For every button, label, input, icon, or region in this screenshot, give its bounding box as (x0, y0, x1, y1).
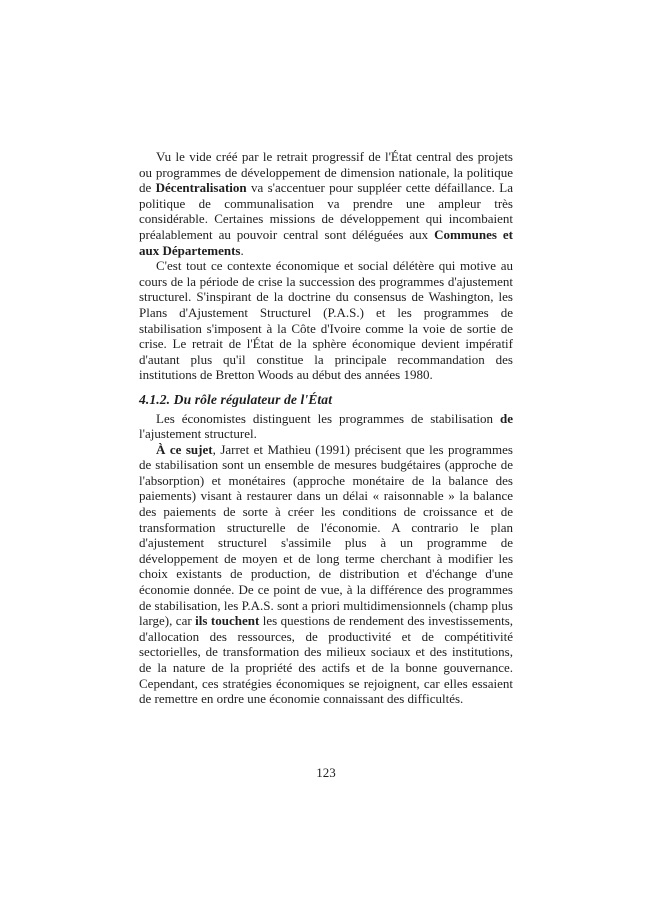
text-run: C'est tout ce contexte économique et soc… (139, 258, 513, 382)
paragraph-4: À ce sujet, Jarret et Mathieu (1991) pré… (139, 442, 513, 707)
paragraph-3: Les économistes distinguent les programm… (139, 411, 513, 442)
text-run: Les économistes distinguent les programm… (156, 411, 500, 426)
bold-text-run: Décentralisation (156, 180, 247, 195)
page-body: Vu le vide créé par le retrait progressi… (139, 149, 513, 707)
bold-text-run: ils touchent (195, 613, 259, 628)
paragraph-1: Vu le vide créé par le retrait progressi… (139, 149, 513, 258)
document-page: Vu le vide créé par le retrait progressi… (0, 0, 650, 920)
section-heading: 4.1.2. Du rôle régulateur de l'État (139, 392, 513, 408)
page-number: 123 (139, 765, 513, 781)
text-run: l'ajustement structurel. (139, 426, 257, 441)
text-run: . (240, 243, 243, 258)
paragraph-2: C'est tout ce contexte économique et soc… (139, 258, 513, 383)
bold-text-run: de (500, 411, 513, 426)
bold-text-run: À ce sujet (156, 442, 213, 457)
text-run: , Jarret et Mathieu (1991) précisent que… (139, 442, 513, 629)
